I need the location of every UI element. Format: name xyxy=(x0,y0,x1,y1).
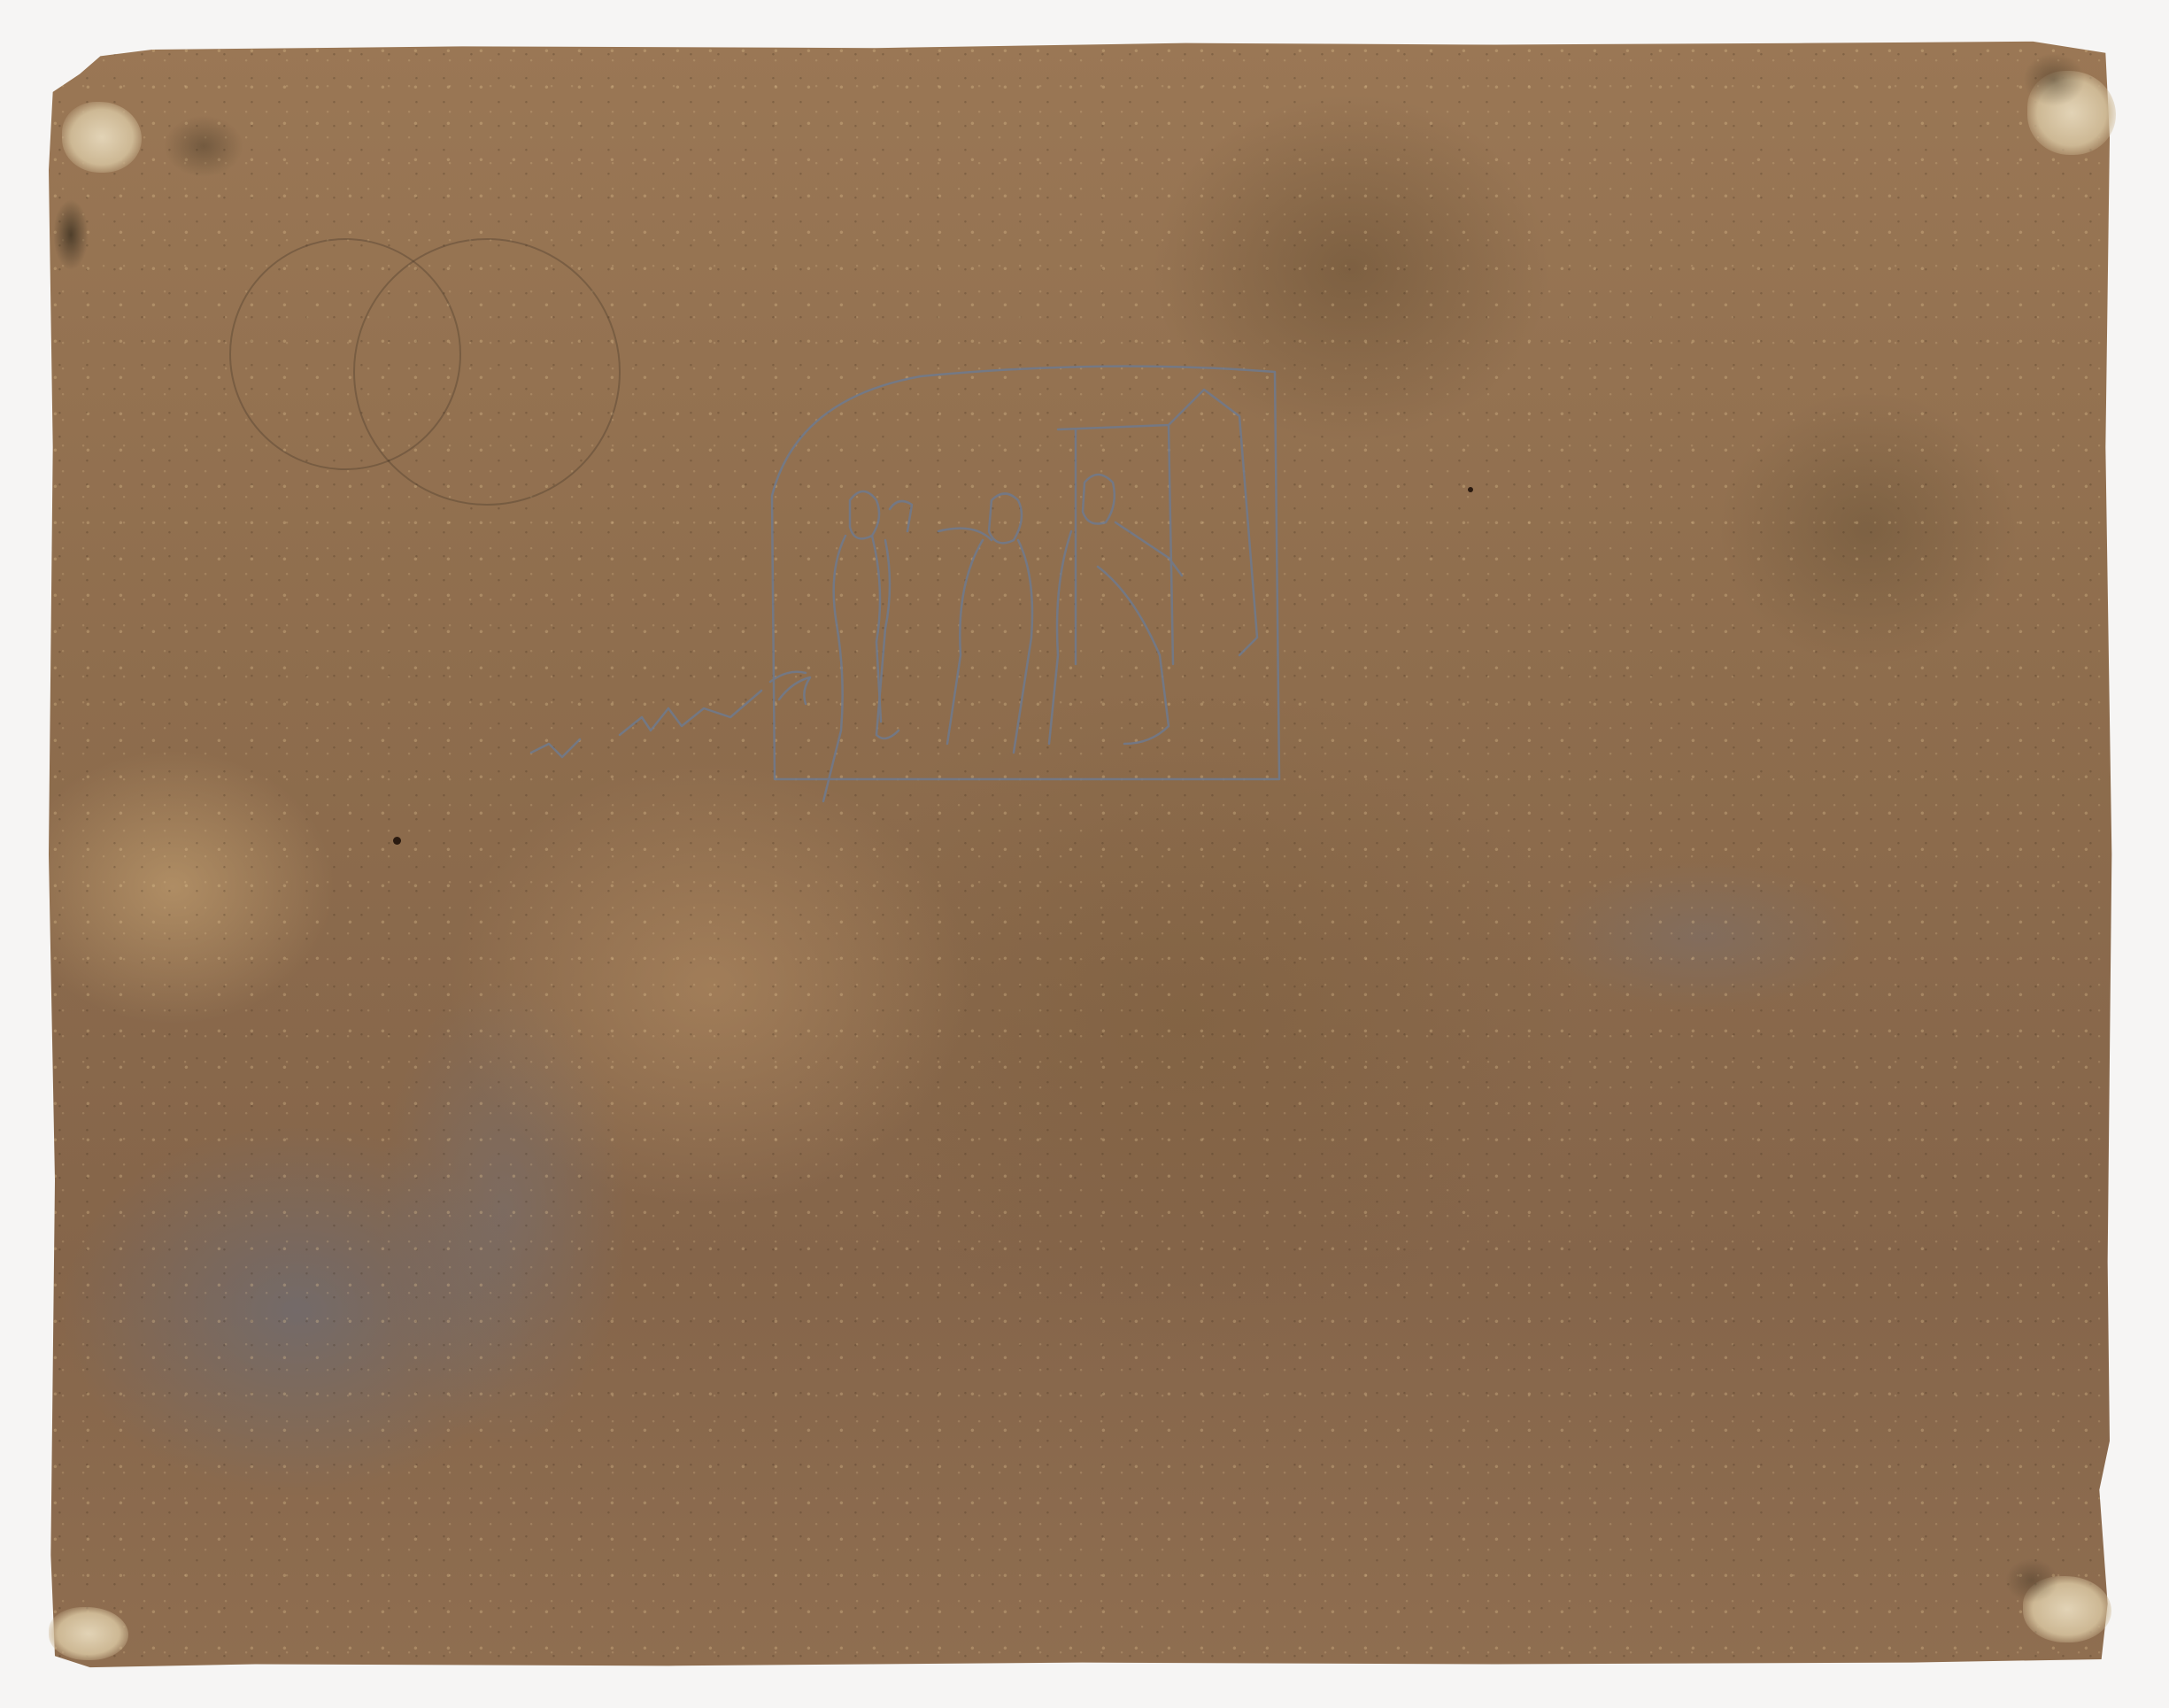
stain-top-left xyxy=(164,115,243,177)
corner-loss-top-left xyxy=(62,102,142,173)
stain-bottom-right xyxy=(2005,1558,2058,1603)
paper-grain-texture xyxy=(49,40,2116,1669)
corner-loss-bottom-left xyxy=(49,1607,128,1660)
stain-top-right xyxy=(2023,53,2085,106)
stain-left-edge xyxy=(53,199,89,270)
aged-paper-sheet xyxy=(49,40,2116,1669)
pinhole-small xyxy=(1468,487,1473,492)
pinhole xyxy=(393,837,401,845)
